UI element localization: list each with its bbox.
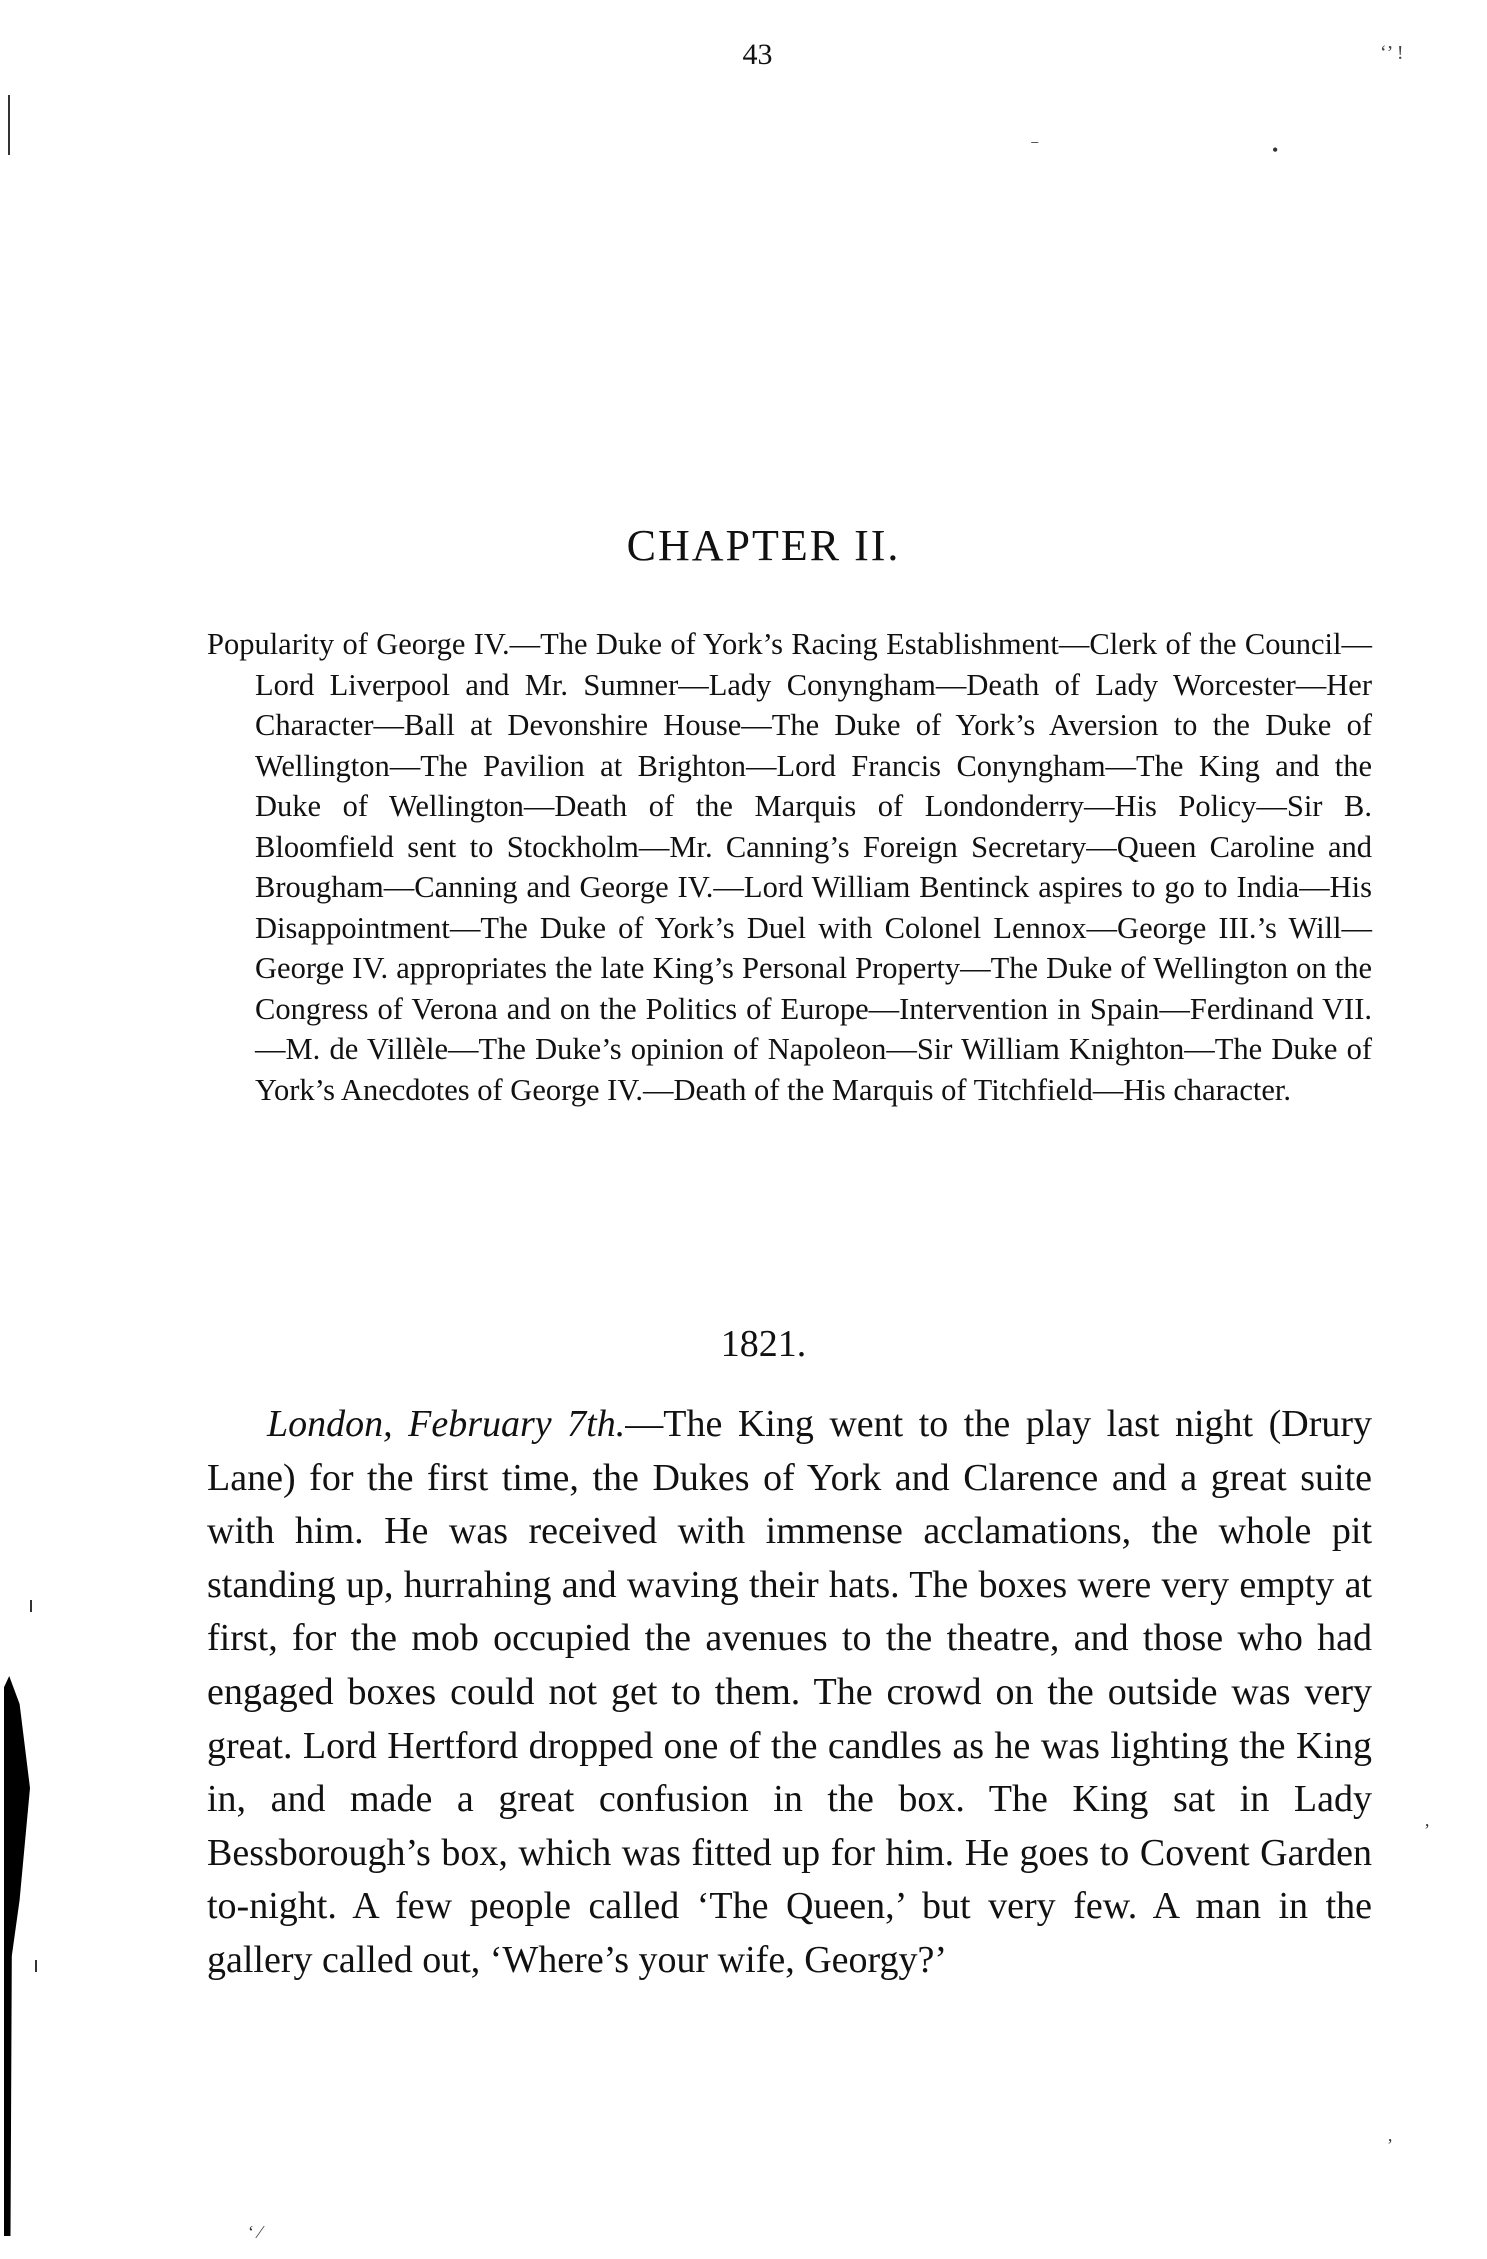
entry-text: —The King went to the play last night (D… xyxy=(207,1403,1372,1981)
chapter-summary: Popularity of George IV.—The Duke of Yor… xyxy=(207,624,1372,1110)
smudge-mark: • xyxy=(1272,140,1278,161)
entry-year: 1821. xyxy=(0,1322,1487,1366)
chapter-summary-text: Popularity of George IV.—The Duke of Yor… xyxy=(207,624,1372,1110)
chapter-title: CHAPTER II. xyxy=(0,520,1487,571)
smudge-mark: ⁻ xyxy=(1030,136,1040,157)
margin-tick xyxy=(30,1600,32,1612)
journal-paragraph: London, February 7th.—The King went to t… xyxy=(207,1398,1372,1988)
journal-entry: London, February 7th.—The King went to t… xyxy=(207,1398,1372,1988)
margin-tick xyxy=(35,1960,37,1972)
entry-place-date: London, February 7th. xyxy=(267,1403,625,1445)
margin-tick xyxy=(8,95,10,155)
smudge-mark: ’ xyxy=(1424,1820,1430,1841)
smudge-mark: ‘ ⁄ xyxy=(248,2222,262,2243)
corner-mark: ‘’ ! xyxy=(1380,42,1404,65)
page-number: 43 xyxy=(0,38,1487,72)
smudge-mark: ’ xyxy=(1387,2135,1393,2156)
scan-edge-shadow xyxy=(4,1676,30,2236)
